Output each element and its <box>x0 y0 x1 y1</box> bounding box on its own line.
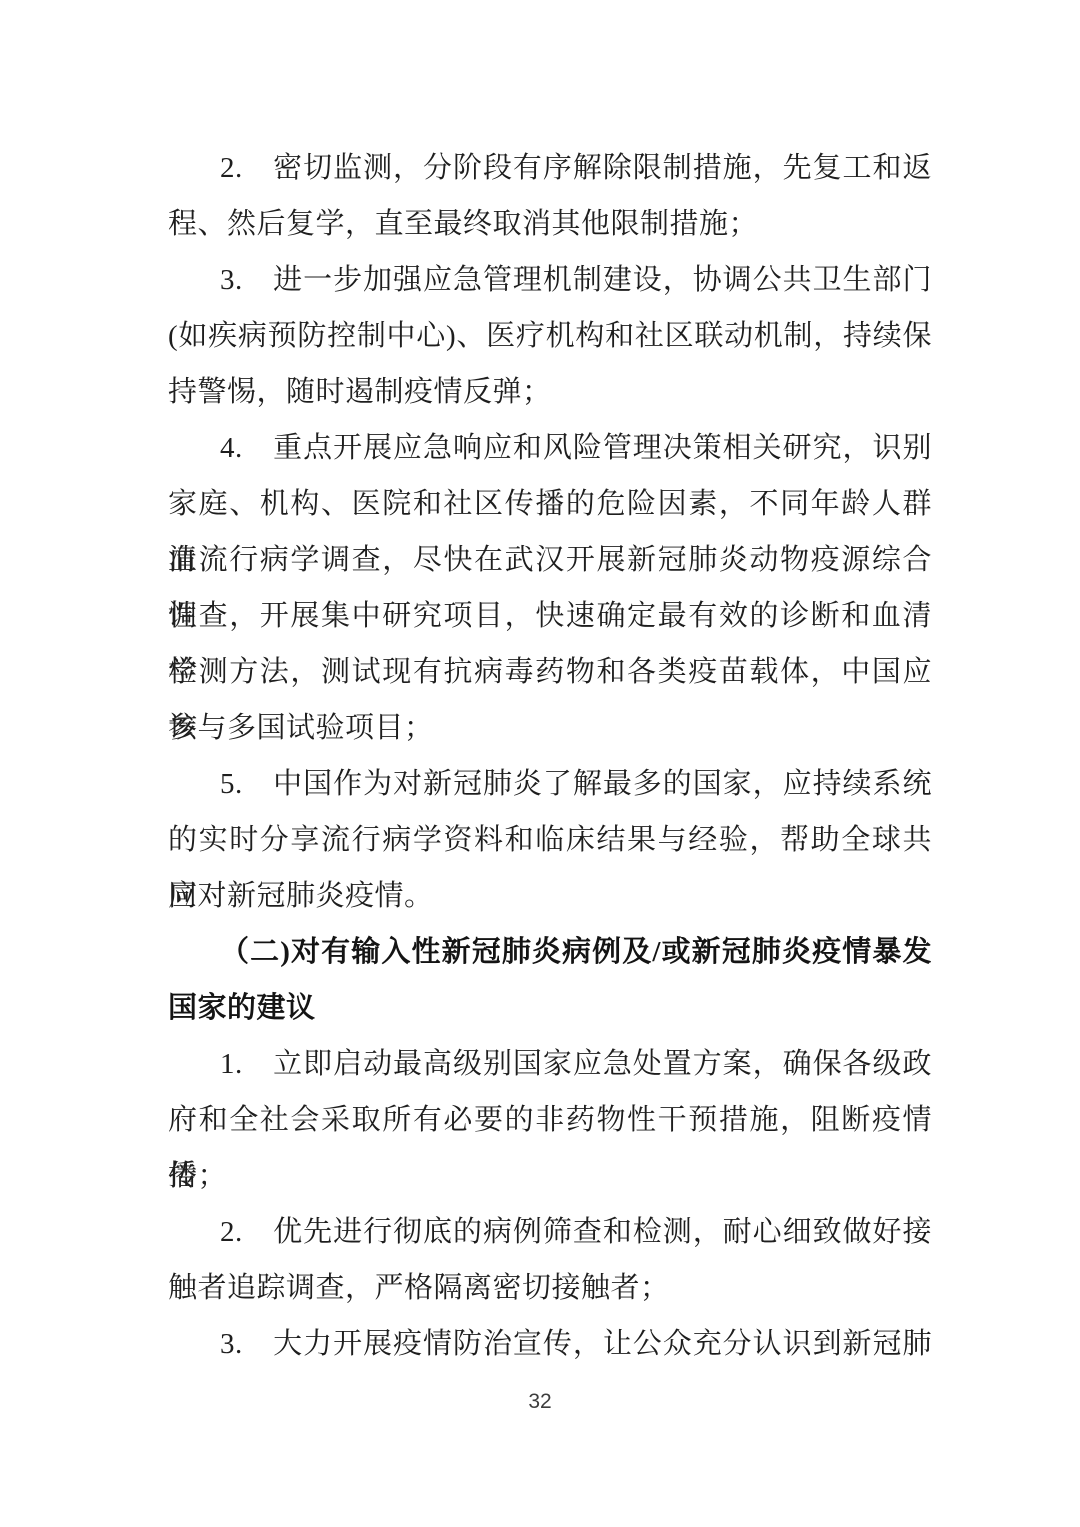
text-line: 2. 优先进行彻底的病例筛查和检测，耐心细致做好接 <box>168 1204 932 1260</box>
text-line: 持警惕，随时遏制疫情反弹； <box>168 364 932 420</box>
text-line: 4. 重点开展应急响应和风险管理决策相关研究，识别 <box>168 420 932 476</box>
page-number: 32 <box>0 1388 1080 1416</box>
text-line: 5. 中国作为对新冠肺炎了解最多的国家，应持续系统 <box>168 756 932 812</box>
text-line: 检测方法，测试现有抗病毒药物和各类疫苗载体，中国应该 <box>168 644 932 700</box>
text-line: 程、然后复学，直至最终取消其他限制措施； <box>168 196 932 252</box>
text-line: 调查，开展集中研究项目，快速确定最有效的诊断和血清学 <box>168 588 932 644</box>
text-line: 触者追踪调查，严格隔离密切接触者； <box>168 1260 932 1316</box>
text-line: (如疾病预防控制中心)、医疗机构和社区联动机制，持续保 <box>168 308 932 364</box>
text-line: 参与多国试验项目； <box>168 700 932 756</box>
document-page: 2. 密切监测，分阶段有序解除限制措施，先复工和返 程、然后复学，直至最终取消其… <box>168 140 932 1372</box>
text-line: 播； <box>168 1148 932 1204</box>
section-heading-line: 国家的建议 <box>168 980 932 1036</box>
text-line: 府和全社会采取所有必要的非药物性干预措施，阻断疫情传 <box>168 1092 932 1148</box>
text-line: 3. 大力开展疫情防治宣传，让公众充分认识到新冠肺 <box>168 1316 932 1372</box>
text-line: 的实时分享流行病学资料和临床结果与经验，帮助全球共同 <box>168 812 932 868</box>
text-line: 清流行病学调查，尽快在武汉开展新冠肺炎动物疫源综合性 <box>168 532 932 588</box>
text-line: 家庭、机构、医院和社区传播的危险因素，不同年龄人群血 <box>168 476 932 532</box>
text-line: 3. 进一步加强应急管理机制建设，协调公共卫生部门 <box>168 252 932 308</box>
section-heading-line: （二)对有输入性新冠肺炎病例及/或新冠肺炎疫情暴发 <box>168 924 932 980</box>
text-line: 应对新冠肺炎疫情。 <box>168 868 932 924</box>
text-line: 1. 立即启动最高级别国家应急处置方案，确保各级政 <box>168 1036 932 1092</box>
text-line: 2. 密切监测，分阶段有序解除限制措施，先复工和返 <box>168 140 932 196</box>
